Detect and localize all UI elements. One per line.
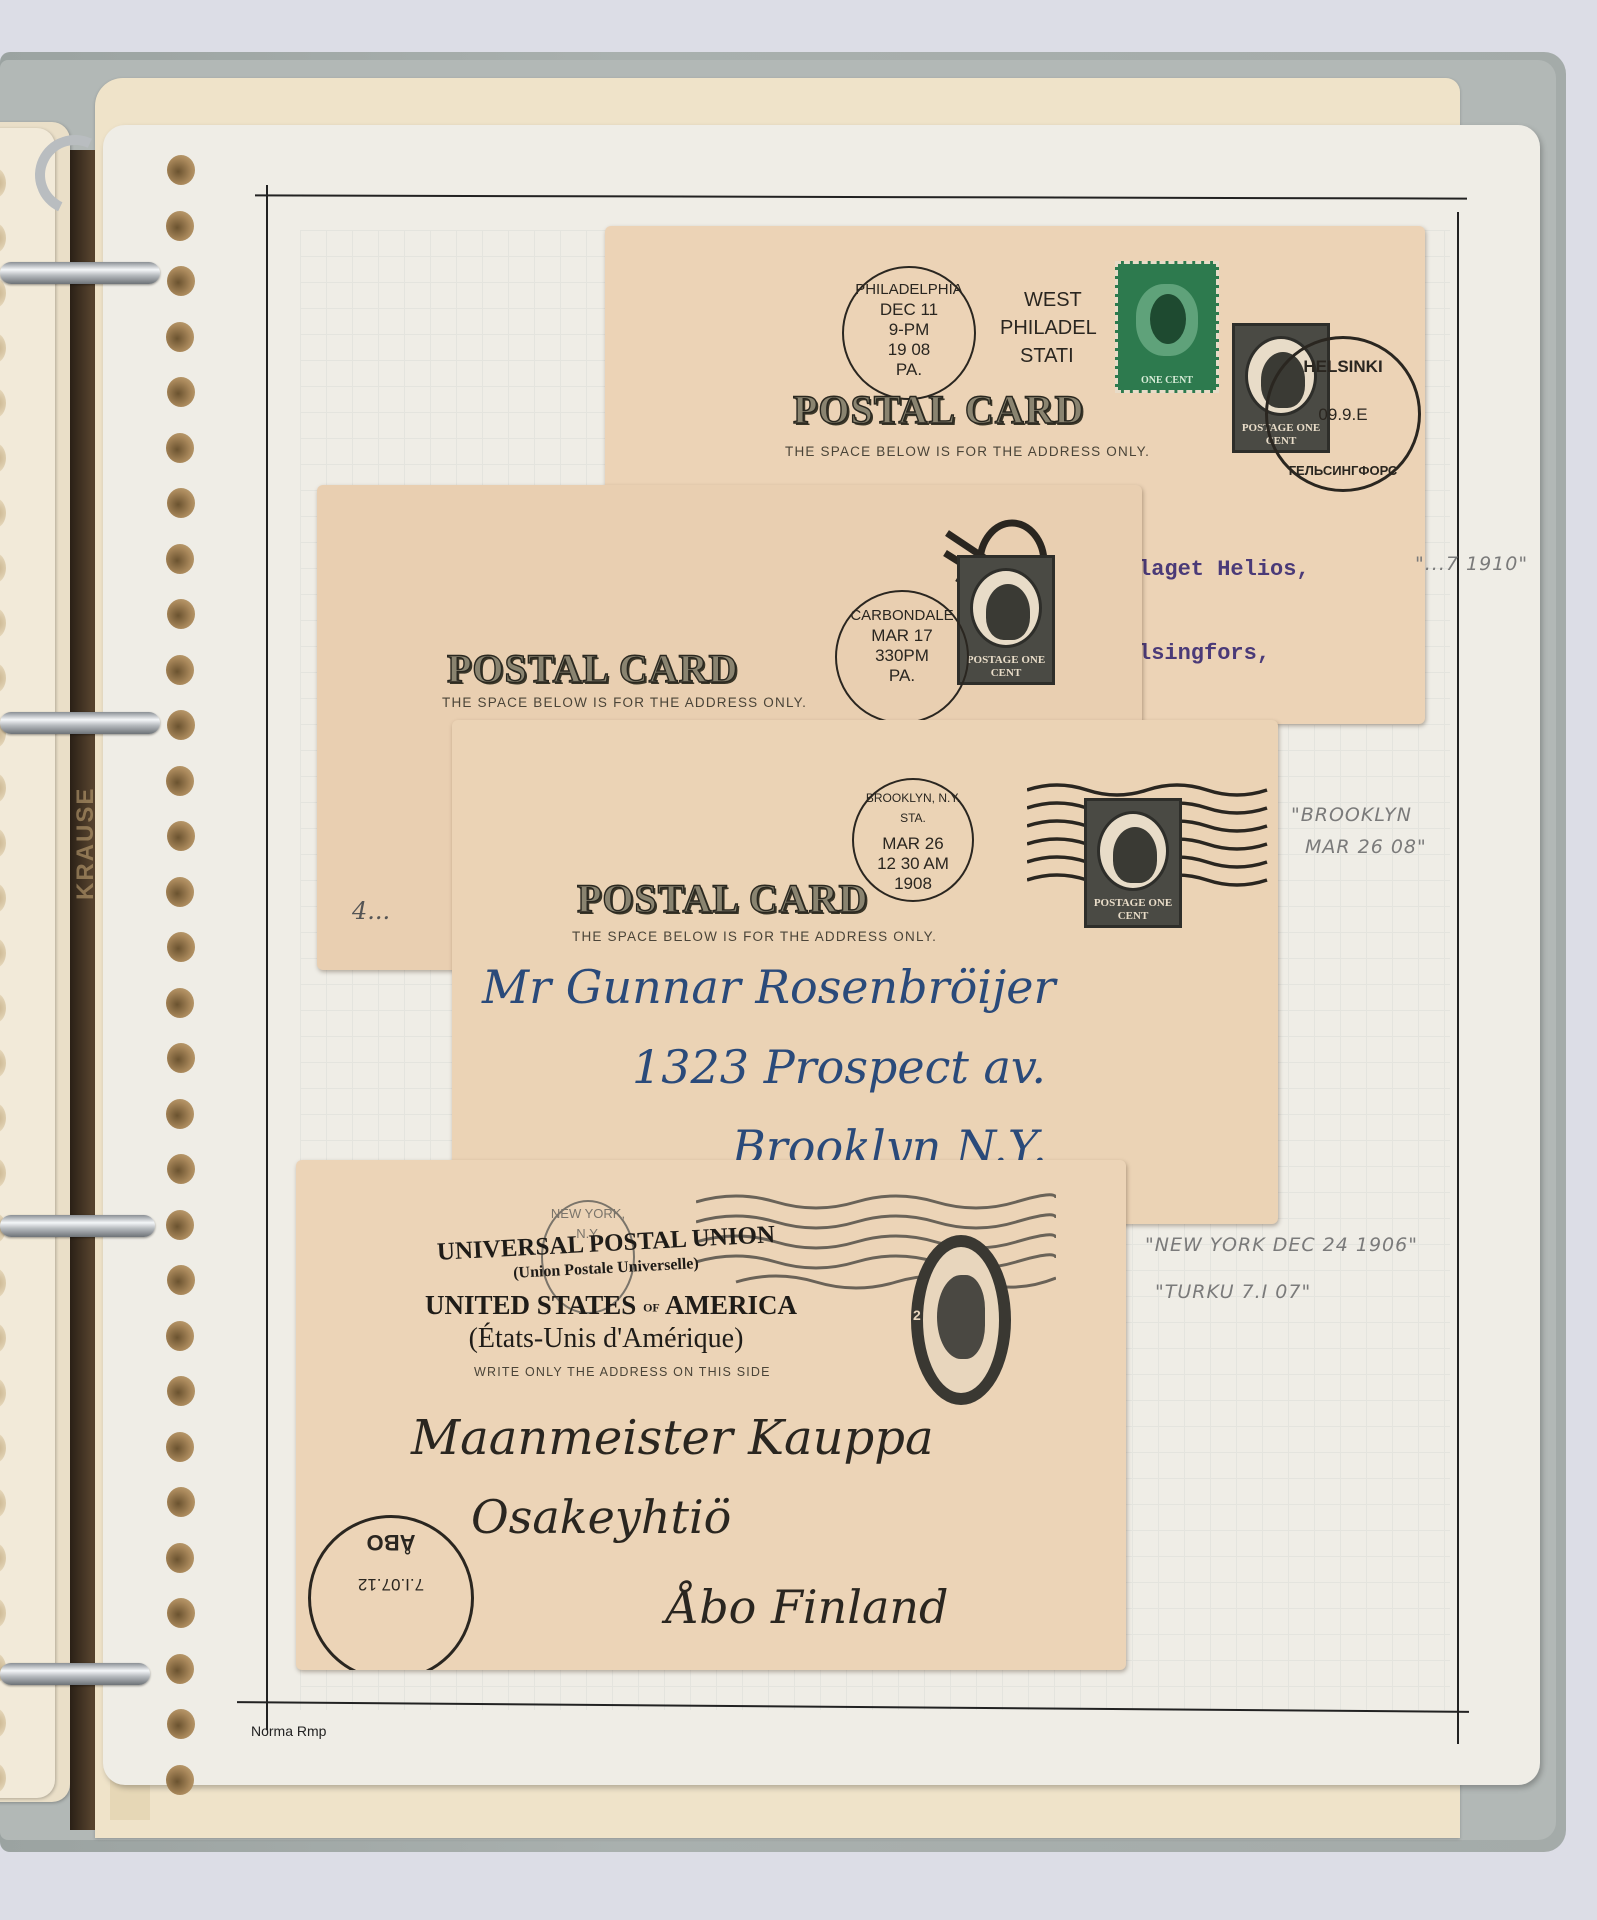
- postal-card-title: POSTAL CARD: [577, 875, 868, 922]
- address-instruction: THE SPACE BELOW IS FOR THE ADDRESS ONLY.: [785, 444, 1150, 459]
- binder-ring-1[interactable]: [0, 262, 160, 284]
- punch-hole: [167, 1709, 195, 1739]
- handwritten-recipient: Mr Gunnar Rosenbröijer: [482, 960, 1055, 1014]
- punch-hole: [166, 1654, 194, 1684]
- pencil-note: 4...: [352, 897, 390, 925]
- punch-hole: [166, 1099, 194, 1129]
- punch-hole: [166, 988, 194, 1018]
- country-heading: UNITED STATES OF AMERICA: [371, 1290, 851, 1321]
- page-brand-label: Norma Rmp: [251, 1723, 326, 1739]
- punch-hole: [167, 599, 195, 629]
- postal-card-brooklyn[interactable]: POSTAGE ONE CENT BROOKLYN, N.Y. STA. MAR…: [452, 720, 1278, 1224]
- punch-hole: [167, 1154, 195, 1184]
- country-french: (États-Unis d'Amérique): [366, 1323, 846, 1355]
- punch-hole: [167, 1043, 195, 1073]
- address-instruction: THE SPACE BELOW IS FOR THE ADDRESS ONLY.: [572, 929, 937, 944]
- punch-hole: [167, 1487, 195, 1517]
- binder-ring-4[interactable]: [0, 1663, 150, 1685]
- punch-hole: [166, 211, 194, 241]
- pencil-note-brooklyn-date: MAR 26 08": [1305, 836, 1427, 858]
- postal-card-title: POSTAL CARD: [793, 386, 1084, 433]
- punch-hole: [166, 433, 194, 463]
- punch-hole: [167, 377, 195, 407]
- indicium-two-cents: 2: [911, 1235, 1011, 1405]
- punch-hole: [166, 1543, 194, 1573]
- pencil-note-turku: "TURKU 7.I 07": [1155, 1281, 1311, 1303]
- punch-hole: [166, 1210, 194, 1240]
- binder-ring-2[interactable]: [0, 712, 160, 734]
- pencil-note-new-york: "NEW YORK DEC 24 1906": [1145, 1234, 1418, 1256]
- punch-hole: [167, 266, 195, 296]
- punch-hole: [167, 1598, 195, 1628]
- postal-card-title: POSTAL CARD: [447, 645, 738, 692]
- postmark-carbondale: CARBONDALE MAR 17 330PM PA.: [835, 590, 969, 724]
- postal-card-upu[interactable]: NEW YORK, N.Y. UNIVERSAL POSTAL UNION (U…: [296, 1160, 1126, 1670]
- left-page[interactable]: [0, 128, 55, 1798]
- handwritten-city: Åbo Finland: [666, 1580, 948, 1634]
- binder-ring-3[interactable]: [0, 1215, 155, 1237]
- address-instruction: THE SPACE BELOW IS FOR THE ADDRESS ONLY.: [442, 695, 807, 710]
- punch-hole: [166, 1432, 194, 1462]
- handwritten-company: Osakeyhtiö: [471, 1490, 731, 1544]
- postmark-helsinki: HELSINKI 09.9.E ГЕЛЬСИНГФОРС: [1265, 336, 1421, 492]
- machine-cancel-west-philadelphia: WEST PHILADEL STATI: [1000, 286, 1097, 370]
- punch-hole: [167, 710, 195, 740]
- punch-hole: [167, 155, 195, 185]
- handwritten-street: 1323 Prospect av.: [632, 1040, 1046, 1094]
- typed-address: laget Helios, lsingfors, Finland.: [1138, 500, 1310, 724]
- punch-hole: [166, 655, 194, 685]
- indicium-mckinley-one-cent: POSTAGE ONE CENT: [957, 555, 1055, 685]
- punch-hole: [166, 544, 194, 574]
- punch-hole: [167, 932, 195, 962]
- punch-hole: [166, 877, 194, 907]
- frame-right-line: [1457, 212, 1459, 1744]
- pencil-note-brooklyn: "BROOKLYN: [1291, 804, 1412, 826]
- postmark-brooklyn: BROOKLYN, N.Y. STA. MAR 26 12 30 AM 1908: [852, 778, 974, 902]
- punch-hole: [167, 1265, 195, 1295]
- punch-hole: [166, 1765, 194, 1795]
- frame-left-line: [266, 185, 268, 1730]
- pencil-note-1910: "...7 1910": [1415, 553, 1528, 575]
- punch-hole: [167, 821, 195, 851]
- punch-hole: [166, 322, 194, 352]
- handwritten-recipient: Maanmeister Kauppa: [411, 1410, 934, 1466]
- franklin-one-cent-stamp: ONE CENT: [1115, 261, 1219, 393]
- postmark-philadelphia: PHILADELPHIA DEC 11 9-PM 19 08 PA.: [842, 266, 976, 400]
- punch-hole: [167, 1376, 195, 1406]
- postmark-abo: ÅBO 7.I.07.12: [308, 1515, 474, 1670]
- address-instruction: WRITE ONLY THE ADDRESS ON THIS SIDE: [474, 1365, 771, 1379]
- punch-hole: [166, 1321, 194, 1351]
- indicium-mckinley-one-cent: POSTAGE ONE CENT: [1084, 798, 1182, 928]
- punch-hole: [166, 766, 194, 796]
- punch-hole: [167, 488, 195, 518]
